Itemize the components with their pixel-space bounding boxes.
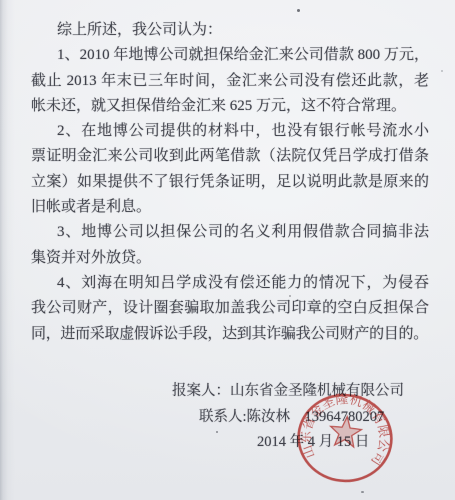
scanned-document-page: 综上所述，我公司认为： 1、2010 年地博公司就担保给金汇来公司借款 800 … — [0, 0, 455, 500]
scan-speck — [441, 70, 443, 72]
scan-speck — [216, 431, 218, 433]
scan-speck — [297, 9, 300, 12]
company-seal-stamp: 山东省金圣隆机械有限公司 — [289, 386, 400, 490]
scan-speck — [361, 491, 364, 493]
seal-star-icon — [329, 415, 363, 448]
scan-speck — [289, 295, 291, 297]
